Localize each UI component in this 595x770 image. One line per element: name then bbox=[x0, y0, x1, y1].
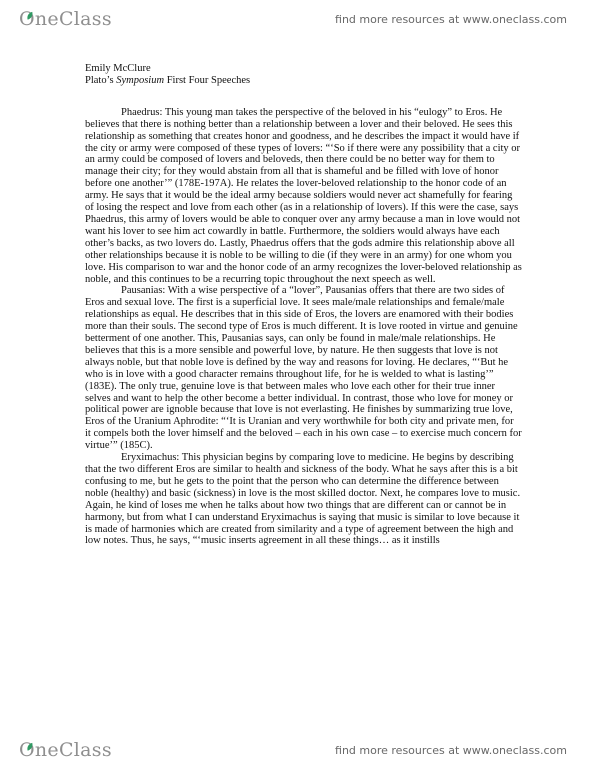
footer-band: OneClass find more resources at www.onec… bbox=[0, 733, 595, 767]
header-band: OneClass find more resources at www.onec… bbox=[0, 2, 595, 36]
title-prefix: Plato’s bbox=[85, 75, 116, 86]
oneclass-logo-footer: OneClass bbox=[19, 740, 112, 760]
leaf-icon bbox=[23, 734, 33, 744]
paragraph-eryximachus: Eryximachus: This physician begins by co… bbox=[85, 452, 522, 547]
leaf-icon bbox=[23, 3, 33, 13]
header-resources-link[interactable]: find more resources at www.oneclass.com bbox=[335, 13, 567, 26]
title-italic: Symposium bbox=[116, 75, 164, 86]
title-line: Plato’s Symposium First Four Speeches bbox=[85, 75, 522, 87]
document-page: OneClass find more resources at www.onec… bbox=[0, 0, 595, 770]
footer-resources-link[interactable]: find more resources at www.oneclass.com bbox=[335, 744, 567, 757]
title-suffix: First Four Speeches bbox=[164, 75, 250, 86]
document-body: Emily McClure Plato’s Symposium First Fo… bbox=[85, 63, 522, 547]
oneclass-logo: OneClass bbox=[19, 9, 112, 29]
author-line: Emily McClure bbox=[85, 63, 522, 75]
paragraph-pausanias: Pausanias: With a wise perspective of a … bbox=[85, 285, 522, 452]
paragraph-phaedrus: Phaedrus: This young man takes the persp… bbox=[85, 107, 522, 286]
